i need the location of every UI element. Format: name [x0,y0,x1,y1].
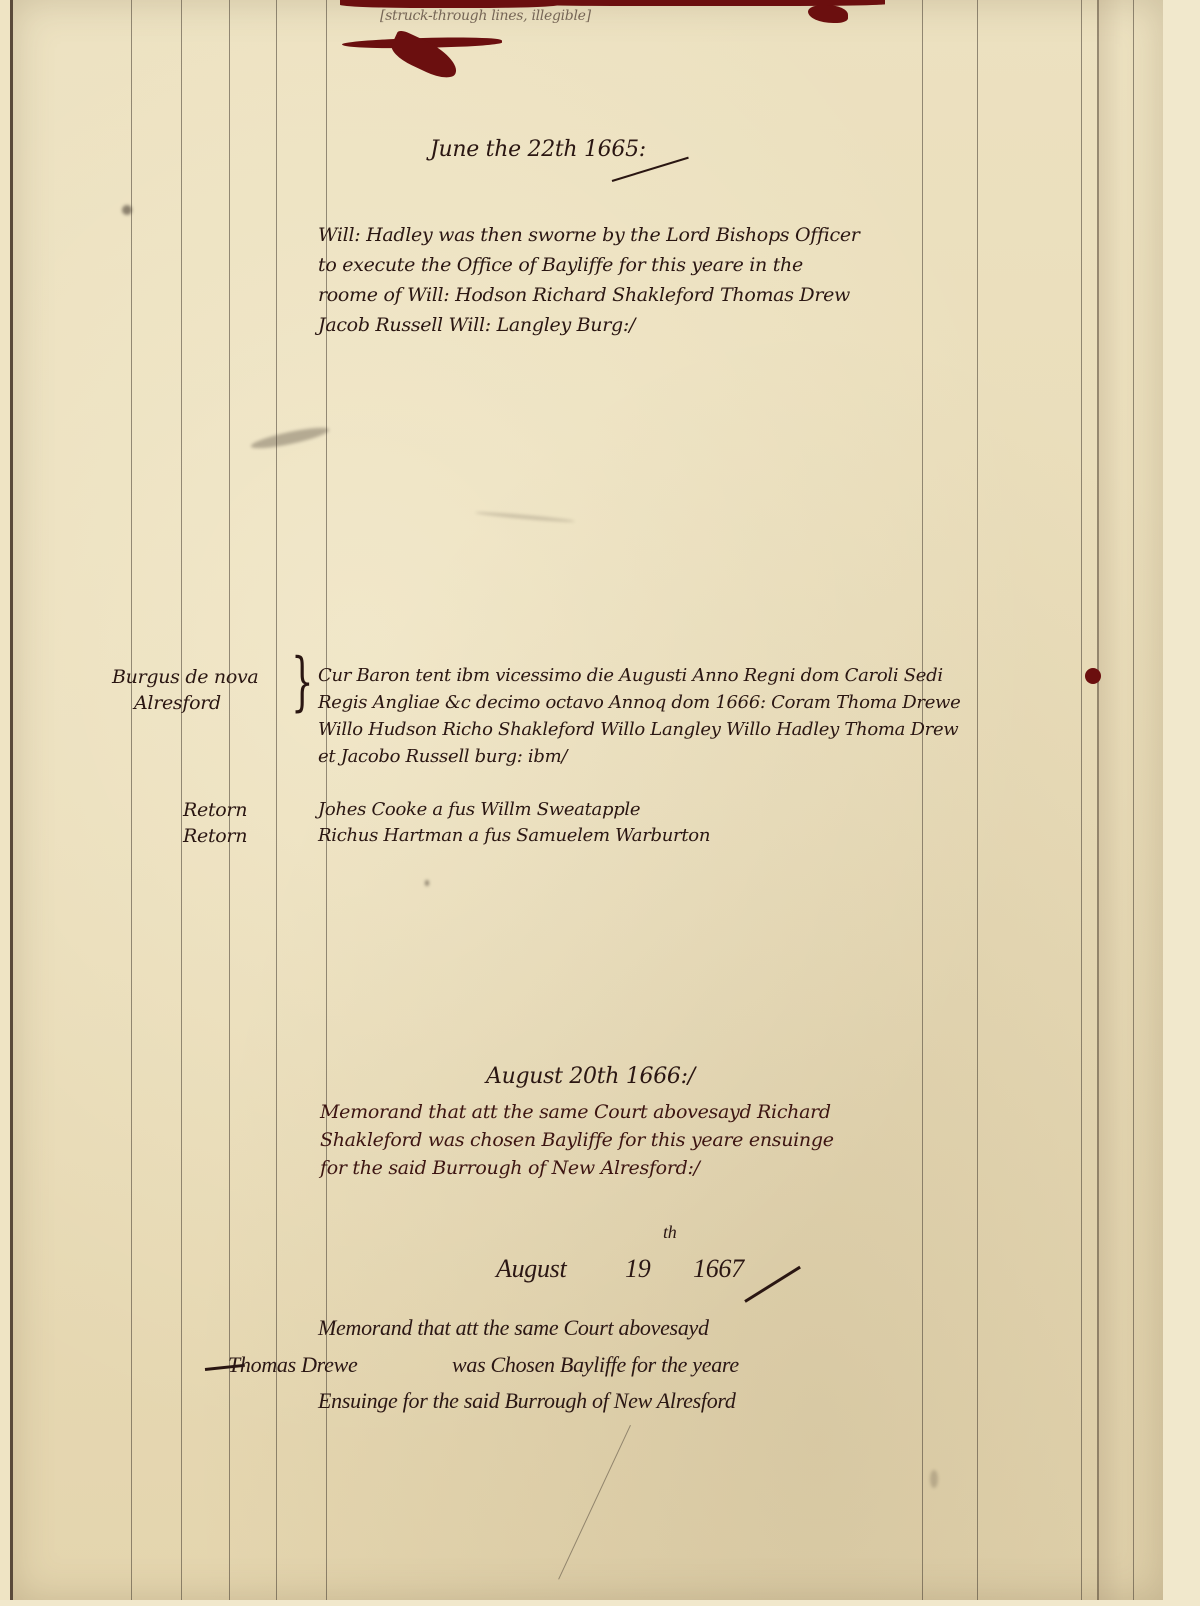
wax-ink-dot [1085,668,1101,684]
return-line: Richus Hartman a fus Samuelem Warburton [318,823,710,849]
entry-4-line-3: Ensuinge for the said Burrough of New Al… [318,1388,736,1414]
margin-heading-line: Burgus de nova [112,664,258,690]
torn-page-edge [1097,0,1123,1606]
entry-2-body: Cur Baron tent ibm vicessimo die Augusti… [318,662,961,770]
entry-3-date: August 20th 1666:/ [486,1064,695,1089]
entry-2-line: Cur Baron tent ibm vicessimo die Augusti… [318,662,961,689]
entry-1-line: Jacob Russell Will: Langley Burg:/ [318,310,860,340]
brace-glyph: } [291,650,313,714]
date-year: 1667 [693,1254,744,1284]
ruled-line [1133,0,1134,1600]
entry-2-line: Willo Hudson Richo Shakleford Willo Lang… [318,716,961,743]
entry-4-line-2: was Chosen Bayliffe for the yeare [452,1352,739,1378]
return-label: Retorn [183,823,247,849]
date-suffix: th [663,1222,676,1243]
entry-2-margin-heading: Burgus de nova Alresford [112,664,258,716]
ink-speck [930,1470,938,1488]
struck-text: [struck-through lines, illegible] [380,8,591,24]
entry-3-line: Shakleford was chosen Bayliffe for this … [320,1126,834,1154]
entry-2-return-lines: Johes Cooke a fus Willm Sweatapple Richu… [318,797,710,849]
entry-1-date: June the 22th 1665: [430,137,646,162]
entry-1-line: to execute the Office of Bayliffe for th… [318,250,860,280]
entry-2-returns: Retorn Retorn [183,797,247,849]
entry-3-body: Memorand that att the same Court abovesa… [320,1098,834,1182]
entry-2-line: et Jacobo Russell burg: ibm/ [318,743,961,770]
ink-speck [122,205,132,215]
entry-4-line-1: Memorand that att the same Court abovesa… [318,1315,709,1341]
date-day: 19 [625,1254,650,1284]
ink-speck [425,880,429,886]
ruled-line [977,0,978,1600]
entry-3-line: for the said Burrough of New Alresford:/ [320,1154,834,1182]
entry-1-line: roome of Will: Hodson Richard Shakleford… [318,280,860,310]
date-month: August [496,1254,566,1284]
scan-margin-bottom [0,1600,1200,1606]
entry-4-name: Thomas Drewe [228,1352,357,1378]
entry-3-line: Memorand that att the same Court abovesa… [320,1098,834,1126]
entry-2-line: Regis Angliae &c decimo octavo Annoq dom… [318,689,961,716]
return-line: Johes Cooke a fus Willm Sweatapple [318,797,710,823]
entry-1-body: Will: Hadley was then sworne by the Lord… [318,220,860,340]
ruled-line [922,0,923,1600]
return-label: Retorn [183,797,247,823]
scan-margin-right [1160,0,1200,1606]
entry-1-line: Will: Hadley was then sworne by the Lord… [318,220,860,250]
margin-heading-line: Alresford [112,690,258,716]
ruled-line [1081,0,1082,1600]
ruled-line [131,0,132,1600]
ruled-line [181,0,182,1600]
